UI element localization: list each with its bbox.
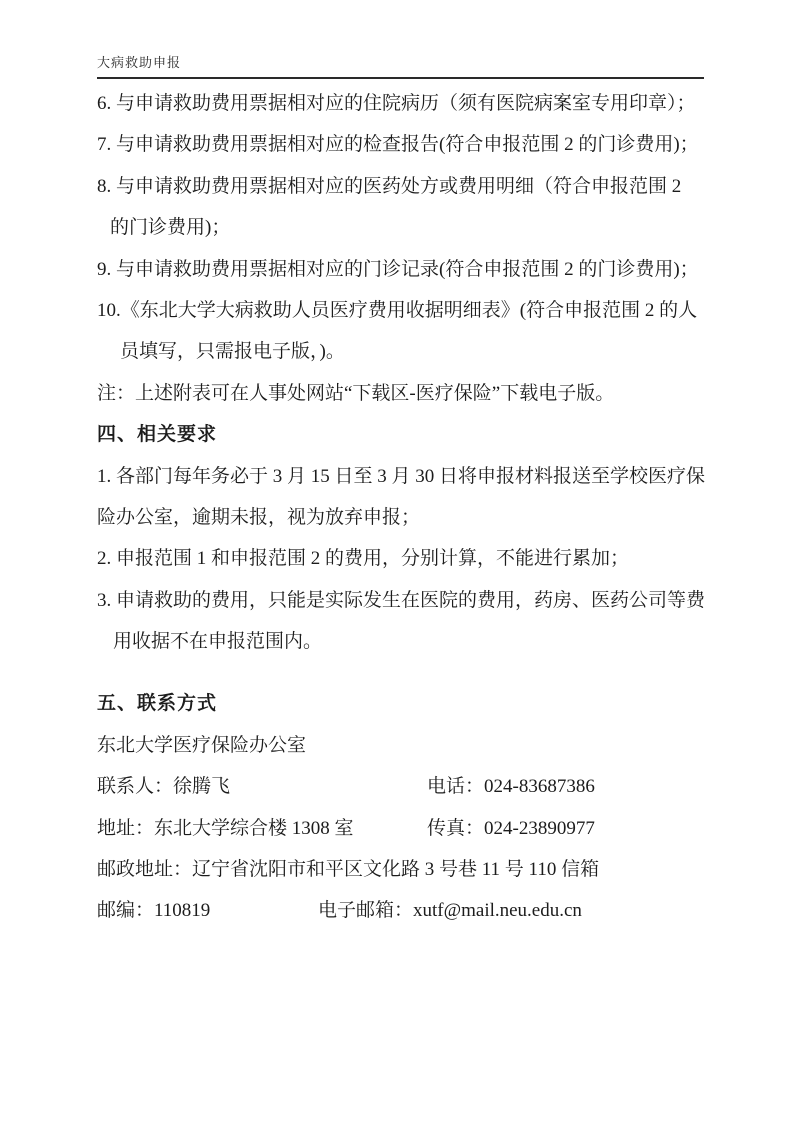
checklist-note: 注：上述附表可在人事处网站“下载区-医疗保险”下载电子版。: [97, 373, 737, 414]
section-heading-requirements: 四、相关要求: [97, 414, 737, 455]
checklist-item-6: 6. 与申请救助费用票据相对应的住院病历（须有医院病案室专用印章）；: [97, 83, 737, 124]
contact-row-person-phone: 联系人：徐腾飞 电话：024-83687386: [97, 766, 737, 807]
checklist-item-10-line1: 10.《东北大学大病救助人员医疗费用收据明细表》(符合申报范围 2 的人: [97, 290, 737, 331]
contact-row-postal: 邮政地址：辽宁省沈阳市和平区文化路 3 号巷 11 号 110 信箱: [97, 849, 737, 890]
contact-address: 地址：东北大学综合楼 1308 室: [97, 818, 354, 839]
contact-row-zip-email: 邮编：110819 电子邮箱：xutf@mail.neu.edu.cn: [97, 890, 737, 931]
requirement-3-line1: 3. 申请救助的费用，只能是实际发生在医院的费用，药房、医药公司等费: [97, 580, 737, 621]
checklist-item-8-line1: 8. 与申请救助费用票据相对应的医药处方或费用明细（符合申报范围 2: [97, 166, 737, 207]
checklist-item-8-line2: 的门诊费用)；: [97, 207, 737, 248]
contact-office: 东北大学医疗保险办公室: [97, 725, 737, 766]
checklist-item-10-line2: 员填写，只需报电子版，)。: [97, 331, 737, 372]
requirement-1-line2: 险办公室，逾期未报，视为放弃申报；: [97, 497, 737, 538]
document-page: 大病救助申报 6. 与申请救助费用票据相对应的住院病历（须有医院病案室专用印章）…: [0, 0, 799, 1131]
contact-fax: 传真：024-23890977: [427, 808, 595, 849]
document-title: 大病救助申报: [97, 55, 181, 70]
contact-person: 联系人：徐腾飞: [97, 776, 230, 797]
contact-zip: 邮编：110819: [97, 900, 210, 921]
document-body: 6. 与申请救助费用票据相对应的住院病历（须有医院病案室专用印章）； 7. 与申…: [97, 83, 737, 932]
checklist-item-9: 9. 与申请救助费用票据相对应的门诊记录(符合申报范围 2 的门诊费用)；: [97, 249, 737, 290]
requirement-1-line1: 1. 各部门每年务必于 3 月 15 日至 3 月 30 日将申报材料报送至学校…: [97, 456, 737, 497]
requirement-3-line2: 用收据不在申报范围内。: [97, 621, 737, 662]
contact-email: 电子邮箱：xutf@mail.neu.edu.cn: [318, 890, 582, 931]
contact-postal-address: 邮政地址：辽宁省沈阳市和平区文化路 3 号巷 11 号 110 信箱: [97, 859, 599, 880]
contact-row-address-fax: 地址：东北大学综合楼 1308 室 传真：024-23890977: [97, 808, 737, 849]
checklist-item-7: 7. 与申请救助费用票据相对应的检查报告(符合申报范围 2 的门诊费用)；: [97, 124, 737, 165]
running-header: 大病救助申报: [97, 52, 704, 79]
requirement-2: 2. 申报范围 1 和申报范围 2 的费用，分别计算，不能进行累加；: [97, 538, 737, 579]
section-heading-contact: 五、联系方式: [97, 683, 737, 724]
contact-phone: 电话：024-83687386: [427, 766, 595, 807]
